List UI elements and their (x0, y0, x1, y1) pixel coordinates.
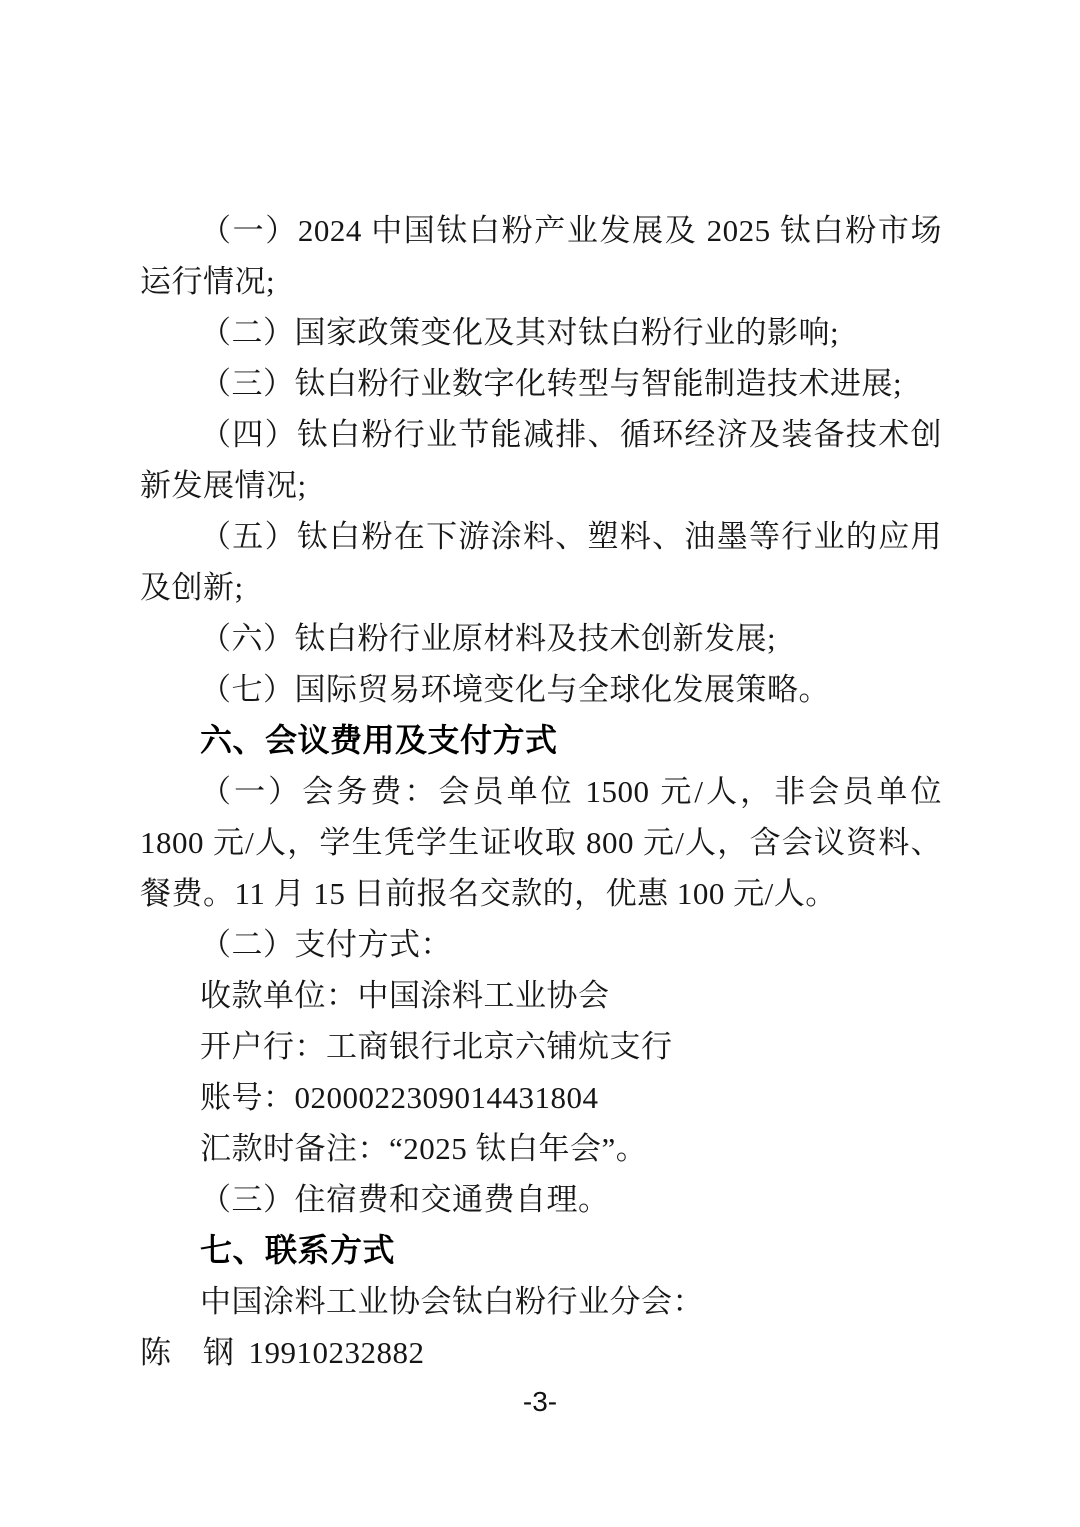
section-heading-contact: 七、联系方式 (140, 1225, 942, 1276)
document-page: （一）2024 中国钛白粉产业发展及 2025 钛白粉市场运行情况; （二）国家… (0, 0, 1080, 1527)
section-heading-fees: 六、会议费用及支付方式 (140, 715, 942, 766)
remittance-remark-line: 汇款时备注：“2025 钛白年会”。 (140, 1123, 942, 1174)
agenda-item-1: （一）2024 中国钛白粉产业发展及 2025 钛白粉市场运行情况; (140, 205, 942, 307)
fee-info-paragraph: （一）会务费：会员单位 1500 元/人，非会员单位 1800 元/人，学生凭学… (140, 766, 942, 919)
agenda-item-5: （五）钛白粉在下游涂料、塑料、油墨等行业的应用及创新; (140, 511, 942, 613)
bank-line: 开户行：工商银行北京六铺炕支行 (140, 1021, 942, 1072)
agenda-item-6: （六）钛白粉行业原材料及技术创新发展; (140, 613, 942, 664)
self-pay-note: （三）住宿费和交通费自理。 (140, 1174, 942, 1225)
contact-person-line: 陈 钢19910232882 (140, 1327, 942, 1378)
page-number: -3- (0, 1385, 1080, 1419)
agenda-item-7: （七）国际贸易环境变化与全球化发展策略。 (140, 664, 942, 715)
agenda-item-3: （三）钛白粉行业数字化转型与智能制造技术进展; (140, 358, 942, 409)
contact-org-line: 中国涂料工业协会钛白粉行业分会： (140, 1276, 942, 1327)
document-body: （一）2024 中国钛白粉产业发展及 2025 钛白粉市场运行情况; （二）国家… (140, 205, 942, 1378)
agenda-item-2: （二）国家政策变化及其对钛白粉行业的影响; (140, 307, 942, 358)
contact-person-name: 陈 钢 (140, 1335, 235, 1370)
payee-line: 收款单位：中国涂料工业协会 (140, 970, 942, 1021)
contact-person-phone: 19910232882 (249, 1335, 425, 1370)
agenda-item-4: （四）钛白粉行业节能减排、循环经济及装备技术创新发展情况; (140, 409, 942, 511)
payment-method-label: （二）支付方式： (140, 919, 942, 970)
account-number-line: 账号：0200022309014431804 (140, 1072, 942, 1123)
